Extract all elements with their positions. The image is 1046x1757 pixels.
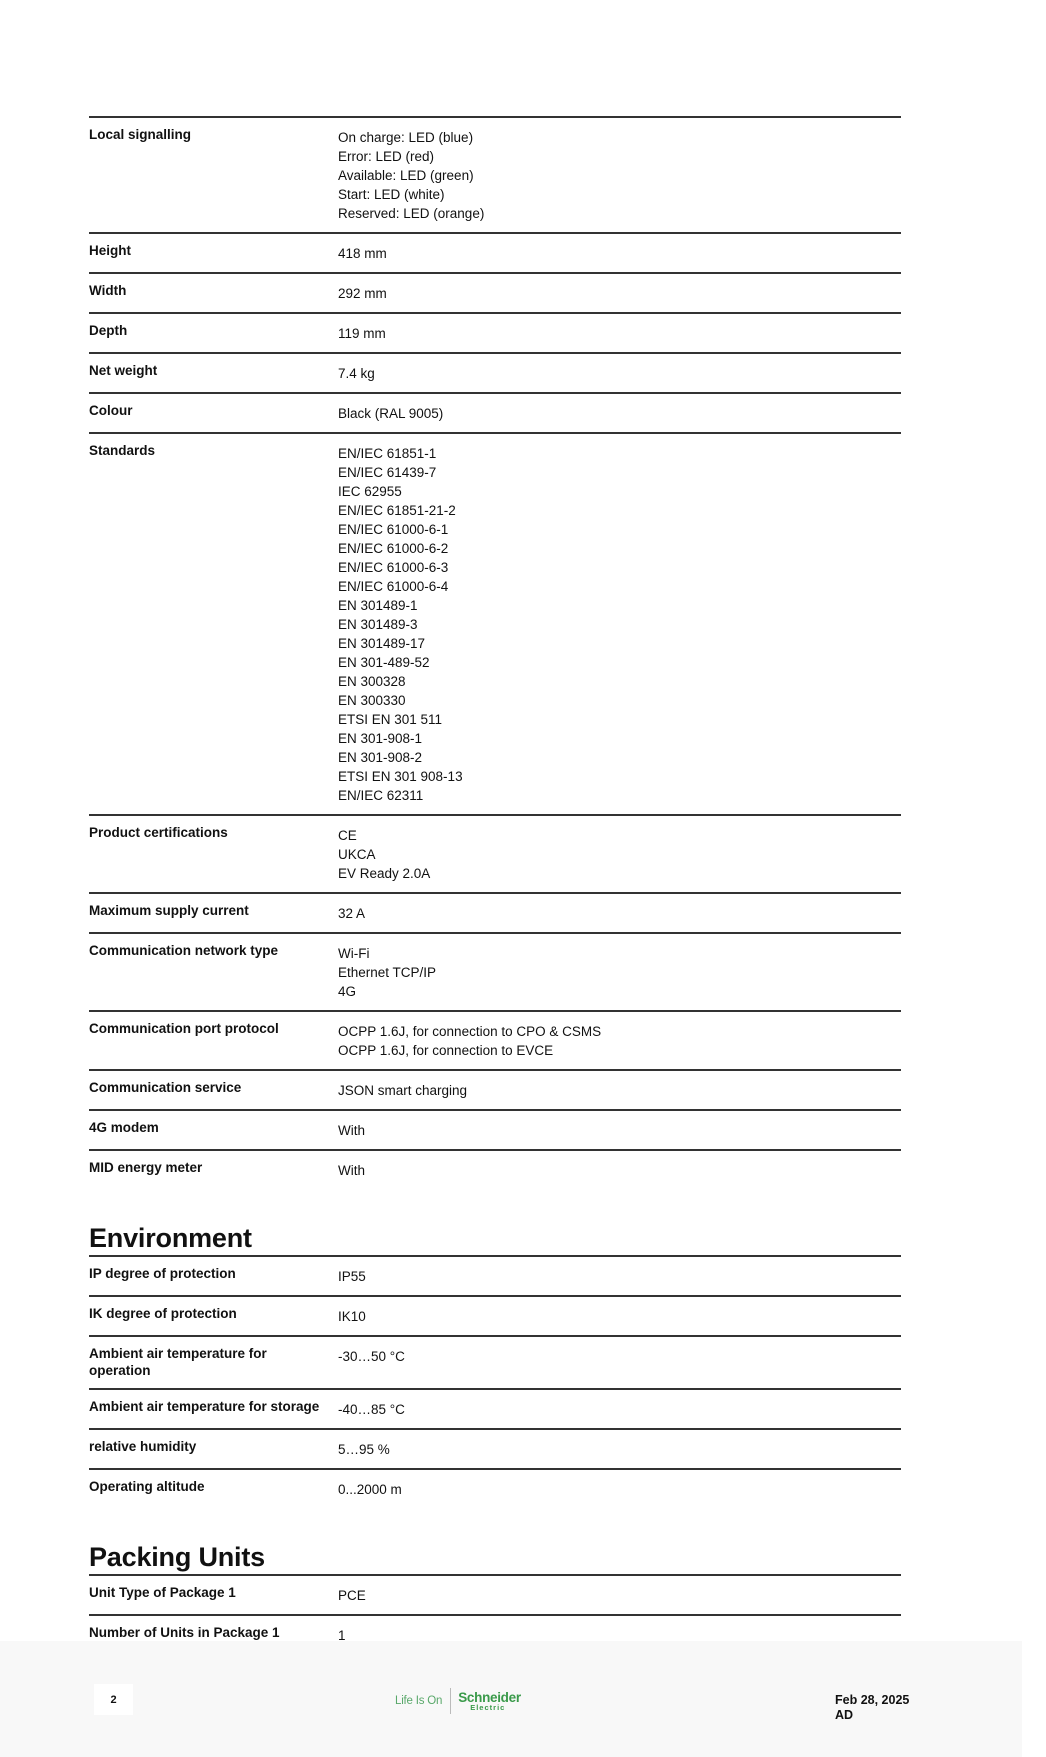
datasheet-content: Local signallingOn charge: LED (blue)Err… — [89, 116, 901, 1694]
spec-value-line: ETSI EN 301 908-13 — [338, 767, 901, 786]
spec-value-line: OCPP 1.6J, for connection to CPO & CSMS — [338, 1022, 901, 1041]
brand-logo: Life Is On Schneider Electric — [395, 1687, 521, 1715]
main-spec-table: Local signallingOn charge: LED (blue)Err… — [89, 116, 901, 1189]
spec-value: 418 mm — [338, 242, 901, 263]
spec-label: Ambient air temperature for operation — [89, 1345, 338, 1379]
spec-value-line: EN/IEC 61000-6-4 — [338, 577, 901, 596]
spec-value: With — [338, 1119, 901, 1140]
spec-row: StandardsEN/IEC 61851-1EN/IEC 61439-7IEC… — [89, 432, 901, 814]
spec-value: OCPP 1.6J, for connection to CPO & CSMSO… — [338, 1020, 901, 1060]
spec-value-line: JSON smart charging — [338, 1081, 901, 1100]
spec-label: Net weight — [89, 362, 338, 383]
spec-value: 119 mm — [338, 322, 901, 343]
spec-label: Width — [89, 282, 338, 303]
spec-row: IP degree of protectionIP55 — [89, 1255, 901, 1295]
spec-row: Product certificationsCEUKCAEV Ready 2.0… — [89, 814, 901, 892]
spec-value-line: 32 A — [338, 904, 901, 923]
logo-divider — [450, 1688, 451, 1714]
spec-row: Communication port protocolOCPP 1.6J, fo… — [89, 1010, 901, 1069]
spec-row: Communication network typeWi-FiEthernet … — [89, 932, 901, 1010]
spec-value-line: EN 301489-3 — [338, 615, 901, 634]
spec-value: -30…50 °C — [338, 1345, 901, 1379]
spec-value-line: EN 301-489-52 — [338, 653, 901, 672]
spec-label: Height — [89, 242, 338, 263]
spec-value-line: EN 301-908-1 — [338, 729, 901, 748]
spec-value: EN/IEC 61851-1EN/IEC 61439-7IEC 62955EN/… — [338, 442, 901, 805]
spec-value-line: Error: LED (red) — [338, 147, 901, 166]
spec-row: Depth119 mm — [89, 312, 901, 352]
spec-value-line: Wi-Fi — [338, 944, 901, 963]
spec-label: 4G modem — [89, 1119, 338, 1140]
spec-row: 4G modemWith — [89, 1109, 901, 1149]
spec-value: 32 A — [338, 902, 901, 923]
spec-value: IP55 — [338, 1265, 901, 1286]
spec-value-line: UKCA — [338, 845, 901, 864]
spec-value: 5…95 % — [338, 1438, 901, 1459]
spec-value-line: EN/IEC 62311 — [338, 786, 901, 805]
spec-row: Width292 mm — [89, 272, 901, 312]
spec-value-line: EN 300328 — [338, 672, 901, 691]
spec-value-line: -40…85 °C — [338, 1400, 901, 1419]
spec-label: relative humidity — [89, 1438, 338, 1459]
spec-row: Unit Type of Package 1PCE — [89, 1574, 901, 1614]
spec-value-line: 0...2000 m — [338, 1480, 901, 1499]
spec-value-line: EN/IEC 61000-6-3 — [338, 558, 901, 577]
spec-label: Depth — [89, 322, 338, 343]
spec-label: MID energy meter — [89, 1159, 338, 1180]
spec-value-line: 119 mm — [338, 324, 901, 343]
spec-label: Local signalling — [89, 126, 338, 223]
spec-label: Operating altitude — [89, 1478, 338, 1499]
spec-label: Communication network type — [89, 942, 338, 1001]
spec-value: -40…85 °C — [338, 1398, 901, 1419]
spec-value-line: On charge: LED (blue) — [338, 128, 901, 147]
spec-label: IK degree of protection — [89, 1305, 338, 1326]
spec-value: 7.4 kg — [338, 362, 901, 383]
spec-row: Local signallingOn charge: LED (blue)Err… — [89, 116, 901, 232]
spec-label: Maximum supply current — [89, 902, 338, 923]
page-number: 2 — [94, 1684, 133, 1715]
spec-value-line: EN 301489-1 — [338, 596, 901, 615]
spec-label: Standards — [89, 442, 338, 805]
spec-row: Operating altitude0...2000 m — [89, 1468, 901, 1508]
spec-value-line: EN/IEC 61439-7 — [338, 463, 901, 482]
spec-row: Maximum supply current32 A — [89, 892, 901, 932]
spec-value-line: EN 300330 — [338, 691, 901, 710]
environment-spec-table: IP degree of protectionIP55IK degree of … — [89, 1255, 901, 1508]
spec-value-line: Ethernet TCP/IP — [338, 963, 901, 982]
schneider-electric-logo: Schneider Electric — [458, 1691, 521, 1711]
spec-value: 292 mm — [338, 282, 901, 303]
page-footer: 2 Life Is On Schneider Electric Feb 28, … — [0, 1641, 1022, 1757]
spec-value-line: EV Ready 2.0A — [338, 864, 901, 883]
spec-value-line: -30…50 °C — [338, 1347, 901, 1366]
spec-value: JSON smart charging — [338, 1079, 901, 1100]
spec-value-line: OCPP 1.6J, for connection to EVCE — [338, 1041, 901, 1060]
spec-value: On charge: LED (blue)Error: LED (red)Ava… — [338, 126, 901, 223]
spec-label: Ambient air temperature for storage — [89, 1398, 338, 1419]
spec-value-line: EN/IEC 61851-1 — [338, 444, 901, 463]
spec-value-line: 5…95 % — [338, 1440, 901, 1459]
environment-heading: Environment — [89, 1222, 901, 1254]
spec-value: PCE — [338, 1584, 901, 1605]
print-date: Feb 28, 2025 AD — [835, 1693, 909, 1723]
spec-label: Communication service — [89, 1079, 338, 1100]
spec-row: Height418 mm — [89, 232, 901, 272]
spec-value-line: Available: LED (green) — [338, 166, 901, 185]
spec-value-line: EN 301489-17 — [338, 634, 901, 653]
spec-value: With — [338, 1159, 901, 1180]
spec-value-line: With — [338, 1161, 901, 1180]
spec-row: Ambient air temperature for storage-40…8… — [89, 1388, 901, 1428]
spec-value-line: EN/IEC 61000-6-1 — [338, 520, 901, 539]
spec-row: Communication serviceJSON smart charging — [89, 1069, 901, 1109]
packing-units-heading: Packing Units — [89, 1541, 901, 1573]
spec-value-line: IK10 — [338, 1307, 901, 1326]
spec-value-line: CE — [338, 826, 901, 845]
spec-row: ColourBlack (RAL 9005) — [89, 392, 901, 432]
date-text: Feb 28, 2025 — [835, 1693, 909, 1708]
tagline: Life Is On — [395, 1695, 450, 1707]
spec-value: IK10 — [338, 1305, 901, 1326]
spec-value: CEUKCAEV Ready 2.0A — [338, 824, 901, 883]
spec-label: Colour — [89, 402, 338, 423]
spec-label: Product certifications — [89, 824, 338, 883]
spec-label: IP degree of protection — [89, 1265, 338, 1286]
spec-value: Black (RAL 9005) — [338, 402, 901, 423]
spec-row: relative humidity5…95 % — [89, 1428, 901, 1468]
spec-value-line: 418 mm — [338, 244, 901, 263]
spec-row: MID energy meterWith — [89, 1149, 901, 1189]
spec-value-line: Start: LED (white) — [338, 185, 901, 204]
brand-sub: Electric — [458, 1704, 521, 1712]
spec-value-line: With — [338, 1121, 901, 1140]
spec-value-line: IP55 — [338, 1267, 901, 1286]
spec-value-line: 292 mm — [338, 284, 901, 303]
spec-row: Ambient air temperature for operation-30… — [89, 1335, 901, 1388]
spec-value-line: ETSI EN 301 511 — [338, 710, 901, 729]
spec-label: Communication port protocol — [89, 1020, 338, 1060]
era-text: AD — [835, 1708, 909, 1723]
spec-value-line: IEC 62955 — [338, 482, 901, 501]
spec-row: IK degree of protectionIK10 — [89, 1295, 901, 1335]
spec-value-line: 7.4 kg — [338, 364, 901, 383]
spec-value-line: PCE — [338, 1586, 901, 1605]
spec-value-line: EN/IEC 61000-6-2 — [338, 539, 901, 558]
spec-value: Wi-FiEthernet TCP/IP4G — [338, 942, 901, 1001]
spec-label: Unit Type of Package 1 — [89, 1584, 338, 1605]
spec-value-line: Black (RAL 9005) — [338, 404, 901, 423]
spec-value-line: EN/IEC 61851-21-2 — [338, 501, 901, 520]
spec-value: 0...2000 m — [338, 1478, 901, 1499]
spec-value-line: EN 301-908-2 — [338, 748, 901, 767]
spec-value-line: Reserved: LED (orange) — [338, 204, 901, 223]
spec-row: Net weight7.4 kg — [89, 352, 901, 392]
spec-value-line: 4G — [338, 982, 901, 1001]
